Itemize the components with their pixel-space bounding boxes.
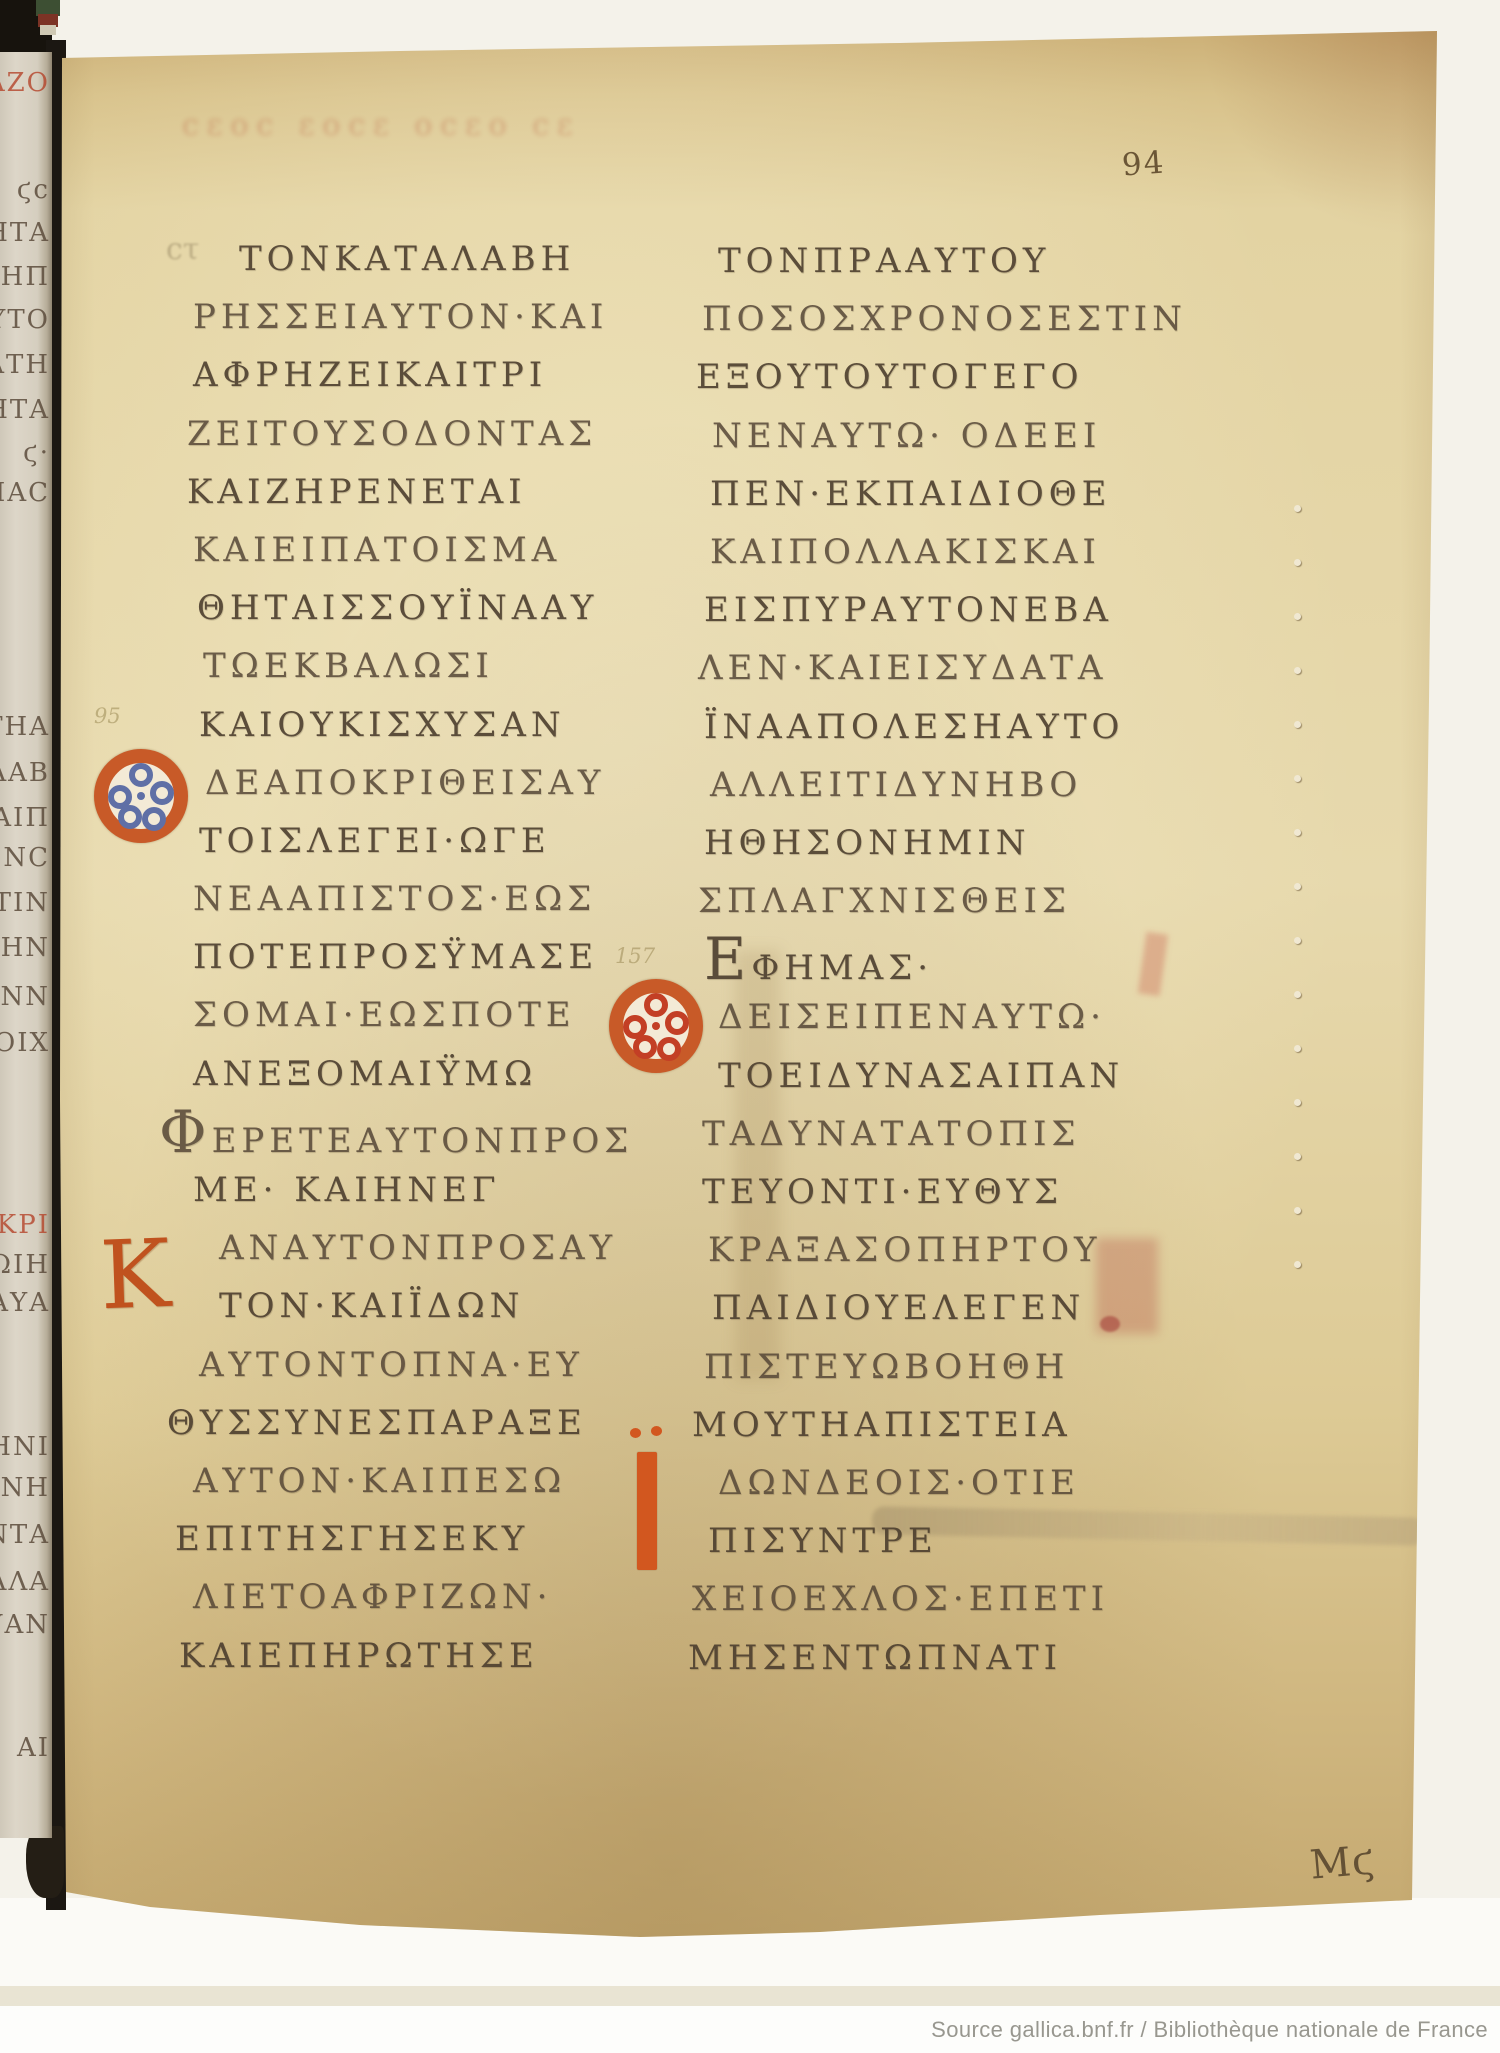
- text-line: ΤΕΥΟΝΤΙ·ΕΥΘΥΣ: [702, 1163, 1187, 1221]
- text-line: ΕΦΗΜΑΣ·: [704, 930, 1187, 988]
- caption-bar: Source gallica.bnf.fr / Bibliothèque nat…: [0, 2006, 1500, 2053]
- text-line: ΧΕΙΟΕΧΛΟΣ·ΕΠΕΤΙ: [692, 1570, 1187, 1628]
- text-line: ΠΙΣΥΝΤΡΕ: [708, 1512, 1187, 1570]
- text-line: ΚΑΙΖΗΡΕΝΕΤΑΙ: [187, 463, 633, 521]
- text-line: ΗΘΗΣΟΝΗΜΙΝ: [704, 814, 1187, 872]
- spine-fragment: ΕΝϹ: [0, 843, 50, 873]
- spine-fragment: ΕΠΟΙΧ: [0, 1028, 50, 1058]
- text-line: ΣΠΛΑΓΧΝΙΣΘΕΙΣ: [698, 872, 1187, 930]
- text-line: ΘΗΤΑΙΣΣΟΥΪΝΑΑΥ: [197, 579, 633, 637]
- ornament-ring: [644, 993, 668, 1017]
- spine-fragment: ΤΗΑ: [0, 712, 50, 742]
- text-line: ΛΕΝ·ΚΑΙΕΙΣΥΔΑΤΑ: [698, 639, 1187, 697]
- text-line: ΝΕΝΑΥΤΩ· ΟΔΕΕΙ: [712, 407, 1187, 465]
- text-line: ΤΟΝ·ΚΑΙΪΔΩΝ: [219, 1277, 633, 1335]
- text-line: ΑΥΤΟΝΤΟΠΝΑ·ΕΥ: [199, 1336, 633, 1394]
- text-line: ΑΛΛΕΙΤΙΔΥΝΗΒΟ: [710, 756, 1187, 814]
- text-line: ΤΟΕΙΔΥΝΑΣΑΙΠΑΝ: [718, 1047, 1187, 1105]
- pricking-hole: [1294, 937, 1301, 944]
- text-line: ΔΕΙΣΕΙΠΕΝΑΥΤΩ·: [718, 988, 1187, 1046]
- red-initial-iota-bar: [637, 1452, 657, 1570]
- source-caption: Source gallica.bnf.fr / Bibliothèque nat…: [931, 2017, 1500, 2043]
- margin-section-number: 95: [94, 704, 121, 728]
- spine-fragment: ΥΤΙΝ: [0, 888, 50, 918]
- pricking-hole: [1294, 775, 1301, 782]
- spine-fragment: ΤΙΝΝ: [0, 982, 50, 1012]
- text-line: ΚΡΑΞΑΣΟΠΗΡΤΟΥ: [708, 1221, 1187, 1279]
- pricking-hole: [1294, 667, 1301, 674]
- pricking-hole: [1294, 1207, 1301, 1214]
- spine-fragment: ΥΑΝ: [0, 1610, 50, 1640]
- text-line: ΤΑΔΥΝΑΤΑΤΟΠΙΣ: [702, 1105, 1187, 1163]
- ornament-ring: [142, 807, 166, 831]
- pricking-hole: [1294, 991, 1301, 998]
- text-line: ΡΗΣΣΕΙΑΥΤΟΝ·ΚΑΙ: [193, 288, 633, 346]
- red-initial-kappa: Κ: [98, 1225, 172, 1327]
- text-line: ΤΟΝΚΑΤΑΛΑΒΗ: [239, 230, 633, 288]
- red-initial-iota-dot: [651, 1426, 662, 1436]
- quire-mark: Μϛ: [1308, 1837, 1377, 1889]
- spine-fragment: ΗΤΑ: [0, 218, 50, 248]
- text-line: ΤΟΝΠΡΑΑΥΤΟΥ: [718, 232, 1187, 290]
- text-line: ΕΠΙΤΗΣΓΗΣΕΚΥ: [175, 1510, 633, 1568]
- text-line: ΠΑΙΔΙΟΥΕΛΕΓΕΝ: [712, 1279, 1187, 1337]
- spine-fragment: ΑΙ: [17, 1733, 50, 1763]
- text-line: ΕΞΟΥΤΟΥΤΟΓΕΓΟ: [696, 348, 1187, 406]
- spine-fragment: ΗΠ: [1, 262, 50, 292]
- text-line: ΚΑΙΕΠΗΡΩΤΗΣΕ: [179, 1627, 633, 1685]
- spine-fragment: ΑΥΑ: [0, 1288, 50, 1318]
- faded-rubric: ϲεοϲ εοϲε οϲεο ϲε: [182, 108, 652, 144]
- spine-fragment: ΜΑΤΗ: [0, 350, 50, 380]
- pricking-hole: [1294, 883, 1301, 890]
- spine-fragment: ϛ·: [23, 438, 50, 468]
- pricking-hole: [1294, 613, 1301, 620]
- ornament-ring: [118, 805, 142, 829]
- pricking-hole: [1294, 1261, 1301, 1268]
- spine-fragment: ΑΖΟ: [0, 68, 50, 98]
- ornament-circle-initial: [94, 749, 188, 843]
- pricking-hole: [1294, 505, 1301, 512]
- spine-fragment: ΗΝΙ: [0, 1432, 50, 1462]
- text-line: ΔΩΝΔΕΟΙΣ·ΟΤΙΕ: [718, 1454, 1187, 1512]
- spine-fragment: ΗΤΑ: [0, 395, 50, 425]
- manuscript-scan: { "page": { "folio_number": "94", "quire…: [0, 0, 1500, 2053]
- text-line: ΣΟΜΑΙ·ΕΩΣΠΟΤΕ: [193, 986, 633, 1044]
- text-line: ΔΕΑΠΟΚΡΙΘΕΙΣΑΥ: [205, 754, 633, 812]
- text-line: ΘΥΣΣΥΝΕΣΠΑΡΑΞΕ: [167, 1394, 633, 1452]
- text-line: ΜΗΣΕΝΤΩΠΝΑΤΙ: [688, 1629, 1187, 1687]
- scan-backing-edge: [0, 1986, 1500, 2006]
- text-line: ΖΕΙΤΟΥΣΟΔΟΝΤΑΣ: [187, 405, 633, 463]
- ornament-dot: [652, 1022, 660, 1030]
- text-line: ΑΦΡΗΖΕΙΚΑΙΤΡΙ: [193, 346, 633, 404]
- pricking-hole: [1294, 1045, 1301, 1052]
- spine-fragment: ΑΛΑΒ: [0, 758, 50, 788]
- text-line: ΑΥΤΟΝ·ΚΑΙΠΕΣΩ: [193, 1452, 633, 1510]
- margin-section-number: 157: [615, 944, 655, 968]
- text-line: ΑΝΕΞΟΜΑΙΫΜΩ: [193, 1045, 633, 1103]
- headband-stripe: [40, 25, 56, 35]
- ornament-ring: [150, 781, 174, 805]
- ornament-ring: [657, 1037, 681, 1061]
- text-line: ΤΟΙΣΛΕΓΕΙ·ΩΓΕ: [199, 812, 633, 870]
- text-line: ΝΕΑΑΠΙΣΤΟΣ·ΕΩΣ: [193, 870, 633, 928]
- manuscript-page: ϲεοϲ εοϲε οϲεο ϲε 94 ϲτ Κ ΤΟΝΚΑΤΑΛΑΒΗΡΗΣ…: [0, 0, 1460, 1960]
- ornament-dot: [137, 792, 145, 800]
- text-line: ΕΙΣΠΥΡΑΥΤΟΝΕΒΑ: [704, 581, 1187, 639]
- ornament-ring: [633, 1035, 657, 1059]
- text-line: ΠΕΝ·ΕΚΠΑΙΔΙΟΘΕ: [710, 465, 1187, 523]
- spine-fragment: ΠΑϹ: [0, 478, 50, 508]
- text-line: ΪΝΑΑΠΟΛΕΣΗΑΥΤΟ: [704, 698, 1187, 756]
- text-line: ΚΑΙΟΥΚΙΣΧΥΣΑΝ: [199, 696, 633, 754]
- spine-fragment: ΚΑΙΠ: [0, 803, 50, 833]
- text-line: ΠΙΣΤΕΥΩΒΟΗΘΗ: [704, 1338, 1187, 1396]
- pricking-hole: [1294, 829, 1301, 836]
- text-line: ΚΑΙΠΟΛΛΑΚΙΣΚΑΙ: [710, 523, 1187, 581]
- pricking-hole: [1294, 721, 1301, 728]
- left-text-column: ΤΟΝΚΑΤΑΛΑΒΗΡΗΣΣΕΙΑΥΤΟΝ·ΚΑΙΑΦΡΗΖΕΙΚΑΙΤΡΙΖ…: [193, 230, 633, 1685]
- spine-fragment: ΟΝΤΑ: [0, 1520, 50, 1550]
- spine-fragment: ΥΤΗΝ: [0, 933, 50, 963]
- spine-fragment: ϛϲ: [17, 175, 50, 205]
- spine-fragment: ΥΤΟ: [0, 305, 50, 335]
- spine-fragment: ΕΚΡΙ: [0, 1210, 50, 1240]
- text-line: ΑΝΑΥΤΟΝΠΡΟΣΑΥ: [219, 1219, 633, 1277]
- pricking-hole: [1294, 1153, 1301, 1160]
- text-line: ΛΙΕΤΟΑΦΡΙΖΩΝ·: [193, 1568, 633, 1626]
- spine-fragment: ϹΩΙΗ: [0, 1250, 50, 1280]
- text-line: ΠΟΣΟΣΧΡΟΝΟΣΕΣΤΙΝ: [702, 290, 1187, 348]
- ornament-ring: [665, 1011, 689, 1035]
- pricking-hole: [1294, 1099, 1301, 1106]
- text-line: ΠΟΤΕΠΡΟΣΫΜΑΣΕ: [193, 928, 633, 986]
- spine-fragment: ΪΟΝΗ: [0, 1473, 50, 1503]
- folio-number: 94: [1121, 145, 1167, 184]
- facing-page-edge: ΑΖΟϛϲΗΤΑΗΠΥΤΟΜΑΤΗΗΤΑϛ·ΠΑϹΤΗΑΑΛΑΒΚΑΙΠΕΝϹΥ…: [0, 52, 52, 1838]
- text-line: ΚΑΙΕΙΠΑΤΟΙΣΜΑ: [193, 521, 633, 579]
- text-line: ΦΕΡΕΤΕΑΥΤΟΝΠΡΟΣ: [159, 1103, 633, 1161]
- spine-fragment: ΑΛΛΑ: [0, 1567, 50, 1597]
- pricking-hole: [1294, 559, 1301, 566]
- text-line: ΜΟΥΤΗΑΠΙΣΤΕΙΑ: [692, 1396, 1187, 1454]
- text-line: ΤΩΕΚΒΑΛΩΣΙ: [203, 637, 633, 695]
- text-line: ΜΕ· ΚΑΙΗΝΕΓ: [193, 1161, 633, 1219]
- right-text-column: ΤΟΝΠΡΑΑΥΤΟΥΠΟΣΟΣΧΡΟΝΟΣΕΣΤΙΝΕΞΟΥΤΟΥΤΟΓΕΓΟ…: [718, 232, 1187, 1687]
- ornament-ring: [129, 763, 153, 787]
